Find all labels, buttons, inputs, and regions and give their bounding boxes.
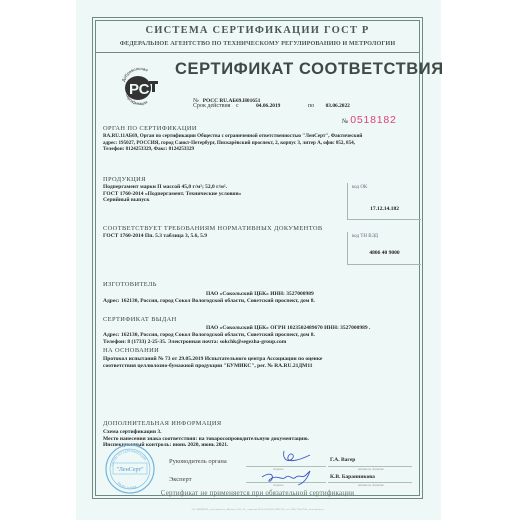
to-date: 03.06.2022 <box>326 103 350 109</box>
compliance-standard: ГОСТ 1760-2014 Пп. 5.3 таблица 3, 5.6, 5… <box>103 233 207 240</box>
expert-signature-icon <box>258 469 320 487</box>
rst-logo-icon: Добровольная сертификация РС <box>116 64 164 108</box>
issued-to-contacts: Телефон: 8 (1733) 2-25-35. Электронная п… <box>103 339 286 346</box>
head-name-caption: инициалы, фамилия <box>358 467 384 471</box>
certificate-title: СЕРТИФИКАТ СООТВЕТСТВИЯ <box>175 60 444 79</box>
issued-to-name: ПАО «Сокольский ЦБК» ОГРН 1023502489670 … <box>206 325 370 332</box>
expert-label: Эксперт <box>169 476 192 483</box>
tnved-code-label: код ТН ВЭД <box>352 234 378 239</box>
expert-name: К.В. Баранникова <box>330 474 375 481</box>
head-of-body-label: Руководитель органа <box>169 458 227 465</box>
product-heading: ПРОДУКЦИЯ <box>103 176 146 183</box>
certification-stamp-icon: ОРГАН ПО СЕРТИФИКАЦИИ "ЛенСерт" RA.RU.11… <box>104 443 156 495</box>
printer-info: АО «ОПЦИОН», www.opcion.ru, Москва, 2019… <box>95 508 420 511</box>
additional-info-line: Схема сертификации 3. <box>103 429 309 436</box>
basis-line: соответствия целлюлозно-бумажной продукц… <box>103 363 322 370</box>
product-line: Серийный выпуск <box>103 197 241 204</box>
certification-body-line: Телефон: 8124253329, Факс: 8124253329 <box>103 146 362 153</box>
manufacturer-address: Адрес: 162130, Россия, город Сокол Волог… <box>103 298 315 305</box>
serial-number-value: 0518182 <box>350 114 396 126</box>
head-name: Г.А. Вагер <box>330 457 355 464</box>
svg-text:"ЛенСерт": "ЛенСерт" <box>116 467 144 473</box>
additional-info-heading: ДОПОЛНИТЕЛЬНАЯ ИНФОРМАЦИЯ <box>103 420 222 427</box>
serial-number: №0518182 <box>342 114 397 126</box>
serial-symbol: № <box>342 118 348 125</box>
head-signature-icon <box>276 449 316 467</box>
issued-to-address: Адрес: 162130, Россия, город Сокол Волог… <box>103 332 315 339</box>
to-label: по <box>308 103 314 109</box>
validity-period: Срок действия с 04.06.2019 по 03.06.2022 <box>193 103 350 109</box>
manufacturer-heading: ИЗГОТОВИТЕЛЬ <box>103 281 157 288</box>
from-date: 04.06.2019 <box>256 103 280 109</box>
svg-text:ОРГАН ПО СЕРТИФИКАЦИИ: ОРГАН ПО СЕРТИФИКАЦИИ <box>110 449 147 466</box>
certification-body-line: RA.RU.11АБ69, Орган по сертификации Обще… <box>103 133 362 140</box>
compliance-heading: СООТВЕТСТВУЕТ ТРЕБОВАНИЯМ НОРМАТИВНЫХ ДО… <box>103 225 323 232</box>
basis-heading: НА ОСНОВАНИИ <box>103 347 159 354</box>
tnved-code-box: код ТН ВЭД 4806 40 9000 <box>347 232 421 265</box>
agency-name: ФЕДЕРАЛЬНОЕ АГЕНТСТВО ПО ТЕХНИЧЕСКОМУ РЕ… <box>95 40 420 47</box>
product-line: Подпергамент марки П массой 45,0 г/м²; 5… <box>103 184 241 191</box>
footer-note: Сертификат не применяется при обязательн… <box>95 489 420 497</box>
certification-body-heading: ОРГАН ПО СЕРТИФИКАЦИИ <box>103 125 197 132</box>
basis-details: Протокол испытаний № 73 от 29.05.2019 Ис… <box>103 356 322 369</box>
tnved-code-value: 4806 40 9000 <box>348 250 421 256</box>
svg-text:РС: РС <box>129 81 150 98</box>
ok-code-box: код ОК 17.12.14.182 <box>347 183 421 220</box>
expert-name-caption: инициалы, фамилия <box>358 483 384 487</box>
header-divider <box>95 52 420 53</box>
validity-label: Срок действия <box>193 103 230 109</box>
manufacturer-name: ПАО «Сокольский ЦБК» ИНН: 3527000989 <box>206 291 314 298</box>
system-title: СИСТЕМА СЕРТИФИКАЦИИ ГОСТ Р <box>95 25 420 36</box>
certification-body-details: RA.RU.11АБ69, Орган по сертификации Обще… <box>103 133 362 153</box>
basis-line: Протокол испытаний № 73 от 29.05.2019 Ис… <box>103 356 322 363</box>
product-details: Подпергамент марки П массой 45,0 г/м²; 5… <box>103 184 241 204</box>
issued-to-heading: СЕРТИФИКАТ ВЫДАН <box>103 316 177 323</box>
ok-code-label: код ОК <box>352 185 367 190</box>
ok-code-value: 17.12.14.182 <box>348 206 421 212</box>
from-label: с <box>236 103 239 109</box>
